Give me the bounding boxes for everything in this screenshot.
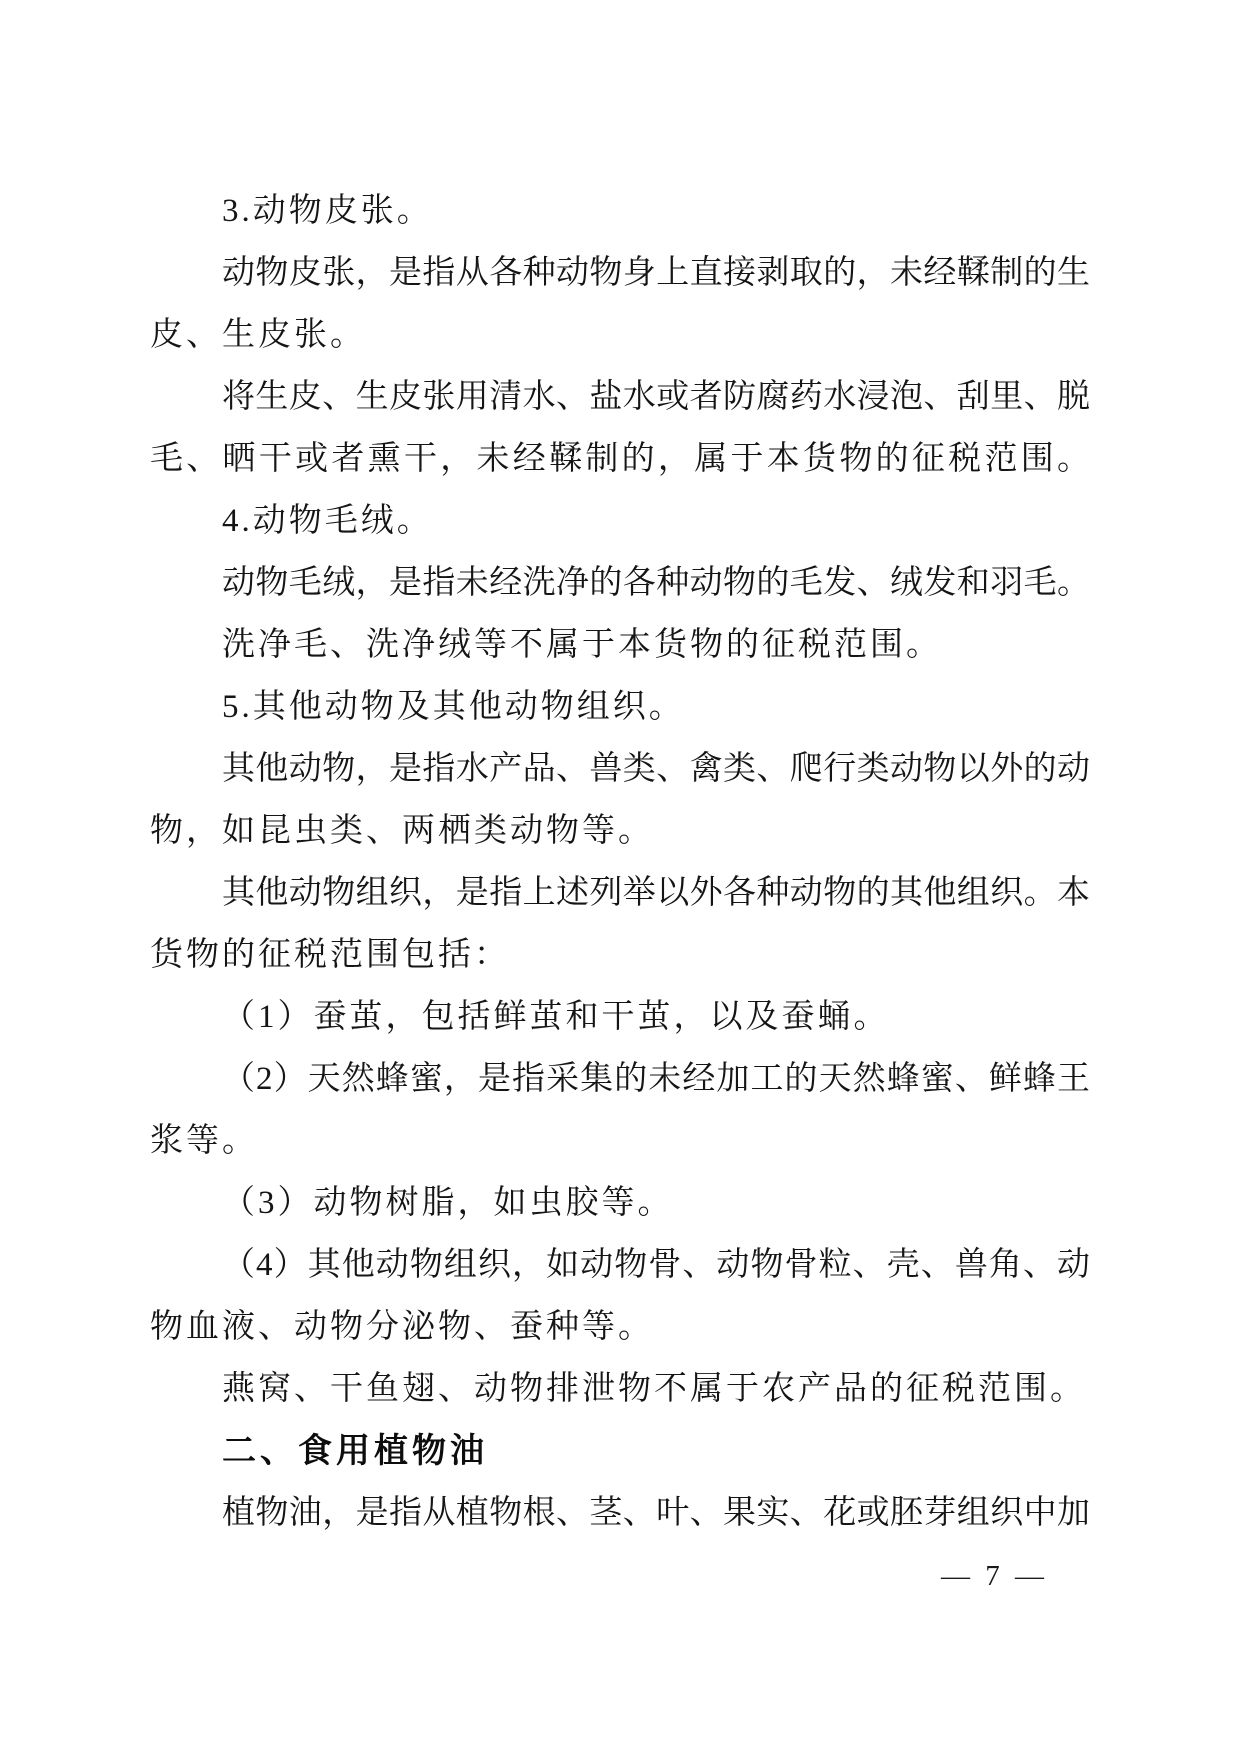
- text-line: （2）天然蜂蜜，是指采集的未经加工的天然蜂蜜、鲜蜂王: [150, 1048, 1090, 1110]
- text-line: 将生皮、生皮张用清水、盐水或者防腐药水浸泡、刮里、脱: [150, 366, 1090, 428]
- text-line: （4）其他动物组织，如动物骨、动物骨粒、壳、兽角、动: [150, 1234, 1090, 1296]
- text-line: 动物皮张，是指从各种动物身上直接剥取的，未经鞣制的生: [150, 242, 1090, 304]
- text-line: 动物毛绒，是指未经洗净的各种动物的毛发、绒发和羽毛。: [150, 552, 1090, 614]
- document-page: 3.动物皮张。动物皮张，是指从各种动物身上直接剥取的，未经鞣制的生皮、生皮张。将…: [0, 0, 1241, 1754]
- section-heading: 二、食用植物油: [150, 1420, 1090, 1482]
- text-line: 物，如昆虫类、两栖类动物等。: [150, 800, 1090, 862]
- document-body: 3.动物皮张。动物皮张，是指从各种动物身上直接剥取的，未经鞣制的生皮、生皮张。将…: [150, 180, 1090, 1544]
- text-line: 皮、生皮张。: [150, 304, 1090, 366]
- text-line: 货物的征税范围包括：: [150, 924, 1090, 986]
- text-line: 5.其他动物及其他动物组织。: [150, 676, 1090, 738]
- text-line: 浆等。: [150, 1110, 1090, 1172]
- page-number: — 7 —: [150, 1560, 1090, 1593]
- text-line: （1）蚕茧，包括鲜茧和干茧，以及蚕蛹。: [150, 986, 1090, 1048]
- text-line: 植物油，是指从植物根、茎、叶、果实、花或胚芽组织中加: [150, 1482, 1090, 1544]
- text-line: 其他动物组织，是指上述列举以外各种动物的其他组织。本: [150, 862, 1090, 924]
- text-line: （3）动物树脂，如虫胶等。: [150, 1172, 1090, 1234]
- text-line: 其他动物，是指水产品、兽类、禽类、爬行类动物以外的动: [150, 738, 1090, 800]
- text-line: 毛、晒干或者熏干，未经鞣制的，属于本货物的征税范围。: [150, 428, 1090, 490]
- text-line: 燕窝、干鱼翅、动物排泄物不属于农产品的征税范围。: [150, 1358, 1090, 1420]
- text-line: 物血液、动物分泌物、蚕种等。: [150, 1296, 1090, 1358]
- text-line: 4.动物毛绒。: [150, 490, 1090, 552]
- text-line: 洗净毛、洗净绒等不属于本货物的征税范围。: [150, 614, 1090, 676]
- text-line: 3.动物皮张。: [150, 180, 1090, 242]
